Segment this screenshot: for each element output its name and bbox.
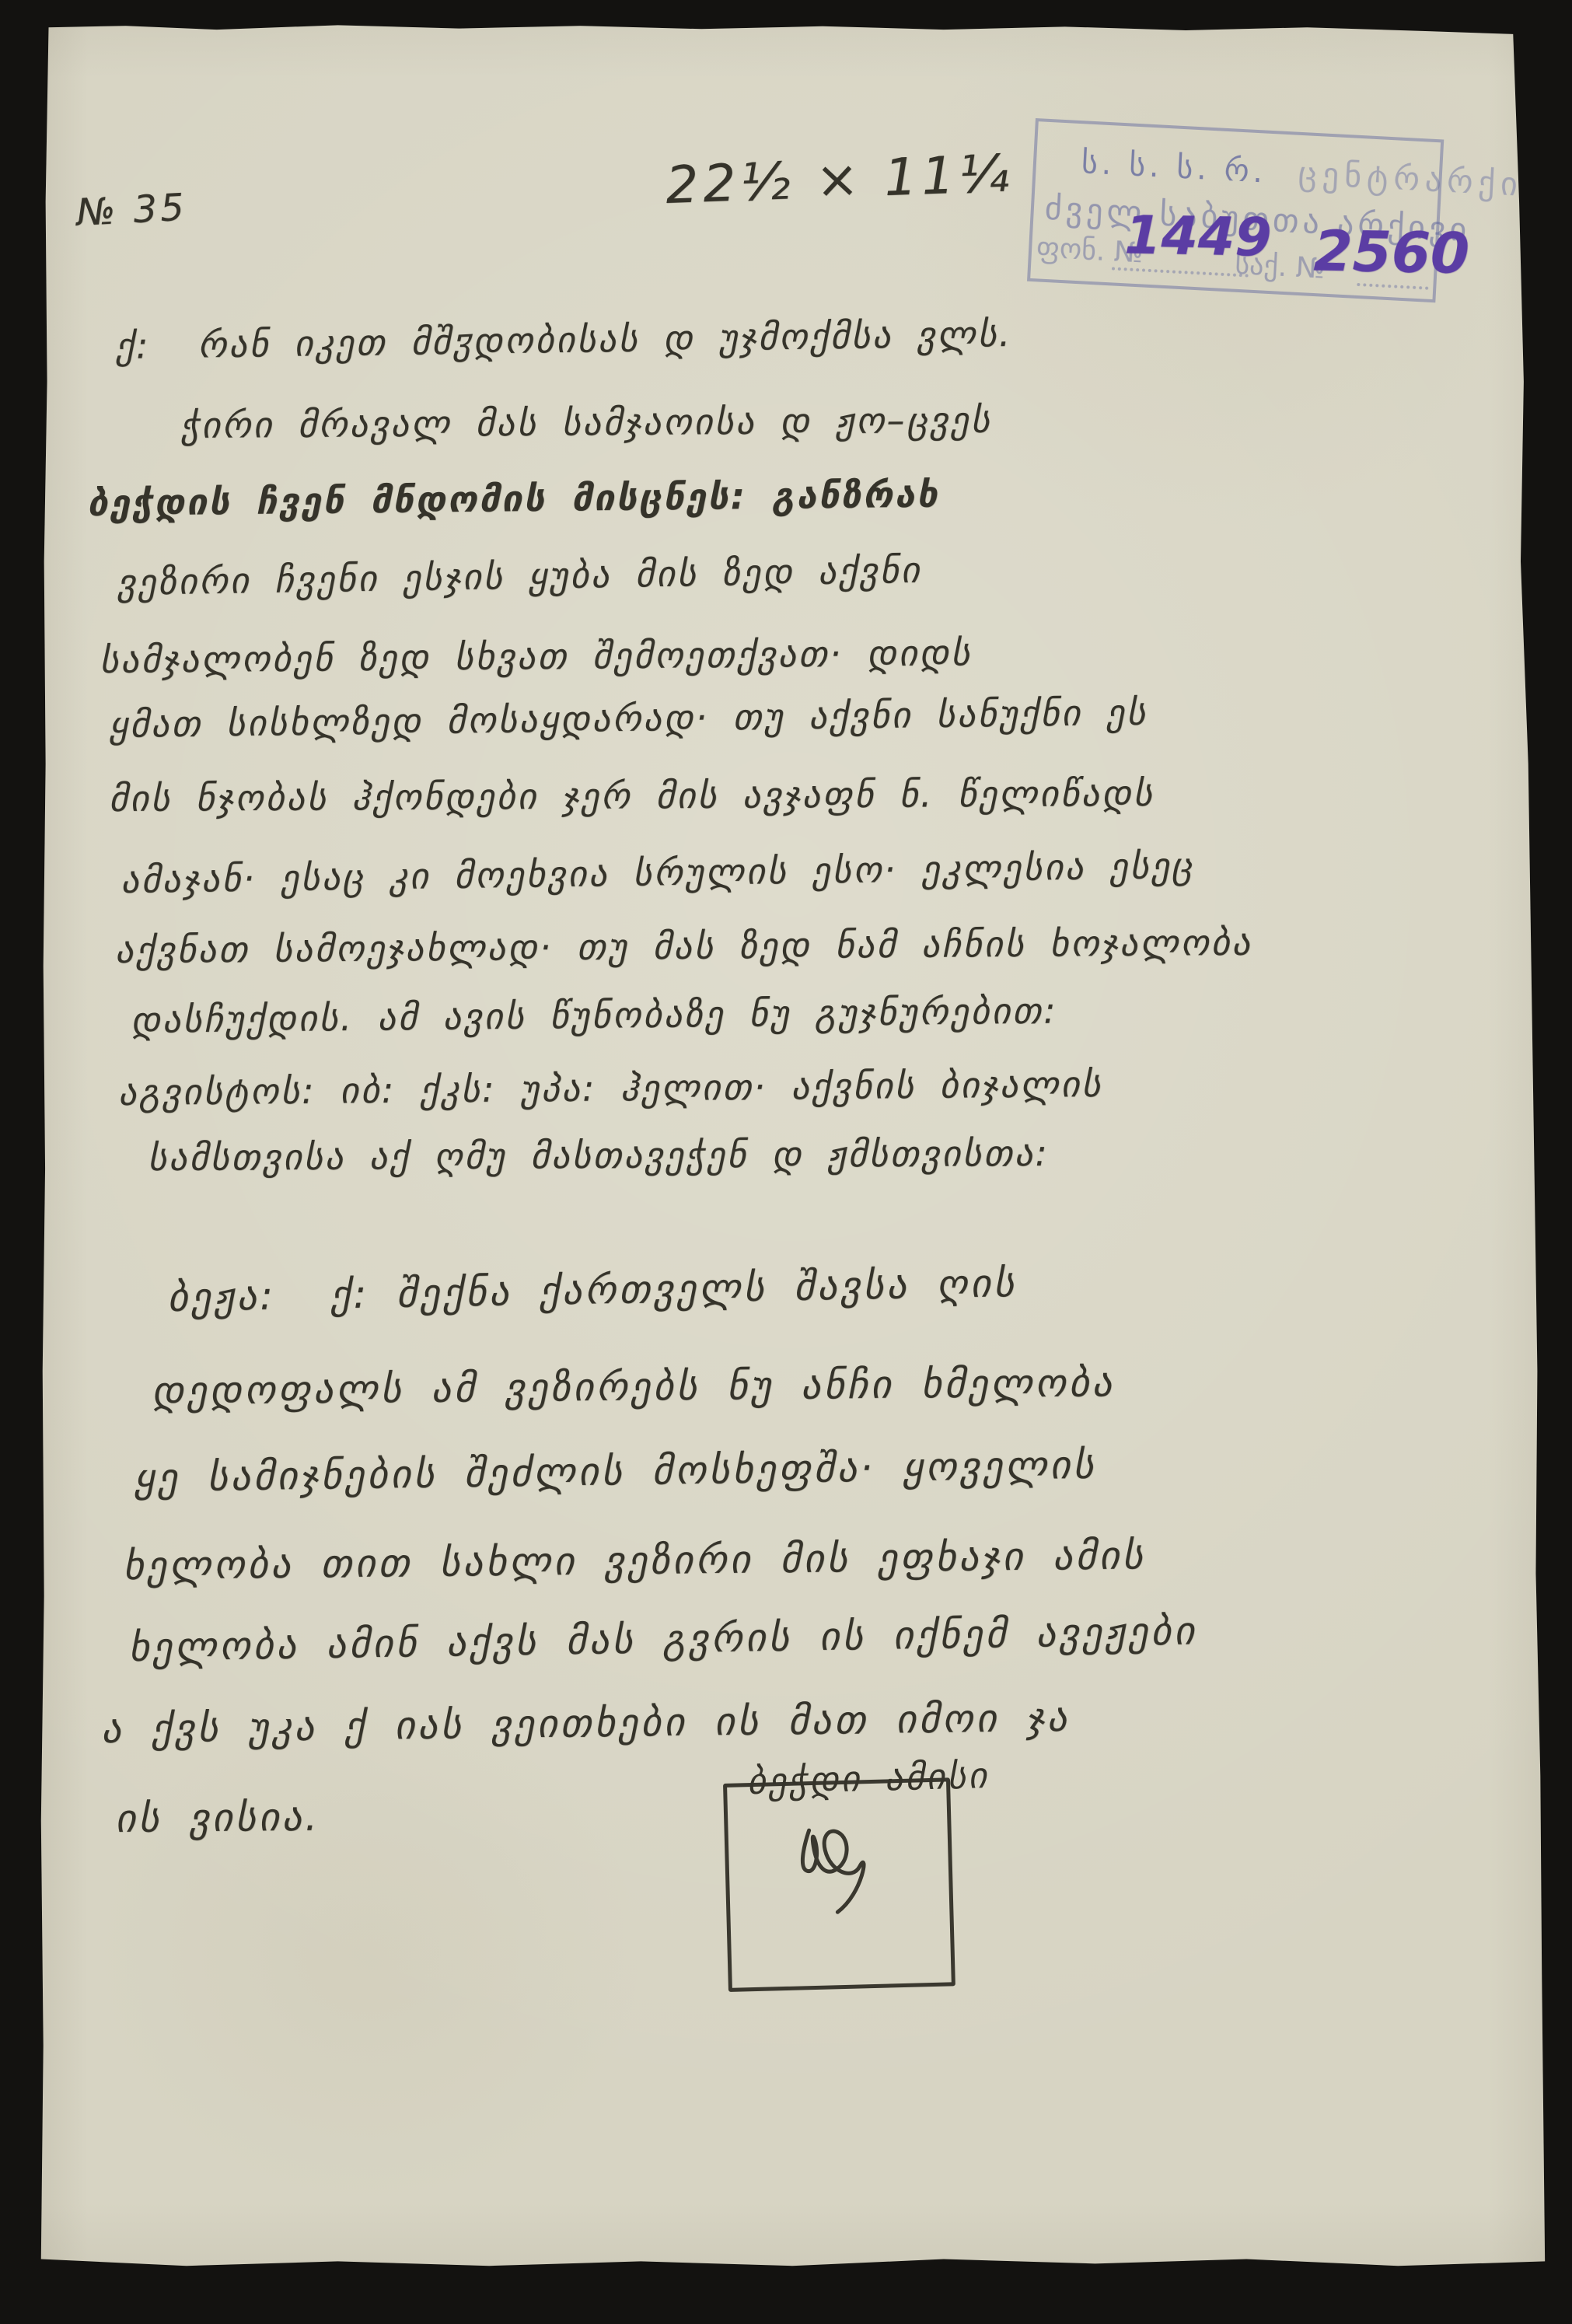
manuscript-line: ჭირი მრავალ მას სამჯაოისა დ ჟო–ცვეს [180, 399, 992, 446]
manuscript-line: ხელობა ამინ აქვს მას გვრის ის იქნემ ავეჟ… [128, 1608, 1197, 1670]
scanned-document: № 35 22½ × 11¼ ს. ს. ს. რ. ცენტრარქივი ძ… [0, 0, 1572, 2324]
manuscript-line: ბეჭდის ჩვენ მნდომის მისცნეს: განზრახ [87, 474, 940, 524]
stamp-org-name: ცენტრარქივი [1266, 152, 1568, 206]
manuscript-line: ქ: რან იკეთ მშჳდობისას დ უჯმოქმსა ვლს. [115, 313, 1013, 367]
manuscript-line: ამაჯან· ესაც კი მოეხვია სრულის ესო· ეკლე… [121, 844, 1194, 901]
paper-sheet: № 35 22½ × 11¼ ს. ს. ს. რ. ცენტრარქივი ძ… [35, 22, 1549, 2270]
manuscript-line: დედოფალს ამ ვეზირებს ნუ ანჩი ხმელობა [152, 1360, 1115, 1414]
folio-number: № 35 [75, 186, 188, 235]
manuscript-line: მის ნჯობას ჰქონდები ჯერ მის ავჯაფნ ნ. წე… [109, 772, 1155, 820]
manuscript-line: ყე სამიჯნების შეძლის მოსხეფშა· ყოველის [134, 1442, 1097, 1501]
manuscript-line: დასჩუქდის. ამ ავის წუნობაზე ნუ გუჯნურები… [131, 990, 1058, 1041]
size-note: 22½ × 11¼ [665, 143, 1015, 215]
seal-box: ბეჭდი ამისი [723, 1777, 955, 1992]
manuscript-line: ვეზირი ჩვენი ესჯის ყუბა მის ზედ აქვნი [117, 549, 922, 603]
manuscript-line: ის ვისია. [115, 1795, 320, 1841]
manuscript-line: ბეჟა: ქ: შექნა ქართველს შავსა ღის [167, 1260, 1017, 1320]
manuscript-line: ა ქვს უკა ქ იას ვეითხები ის მათ იმოი ჯა [101, 1695, 1071, 1752]
manuscript-line: სამჯალობენ ზედ სხვათ შემოეთქვათ· დიდს [100, 631, 972, 681]
archive-stamp: ს. ს. ს. რ. ცენტრარქივი ძველ საბუთთა არქ… [1027, 118, 1444, 302]
seal-monogram-scribble [774, 1811, 910, 1946]
stamp-fond-number: 1449 [1124, 204, 1273, 268]
manuscript-line: აქვნათ სამოეჯახლად· თუ მას ზედ ნამ აჩნის… [115, 921, 1252, 971]
manuscript-line: ყმათ სისხლზედ მოსაყდარად· თუ აქვნი სანუქ… [109, 691, 1148, 746]
manuscript-line: აგვისტოს: იბ: ქკს: უპა: ჰელით· აქვნის ბი… [118, 1063, 1102, 1113]
manuscript-line: ხელობა თით სახლი ვეზირი მის ეფხაჯი ამის [123, 1532, 1146, 1588]
manuscript-line: სამსთვისა აქ ღმუ მასთავეჭენ დ ჟმსთვისთა: [148, 1132, 1050, 1179]
stamp-org-prefix: ს. ს. ს. რ. [1081, 145, 1268, 190]
stamp-case-number: 2560 [1313, 218, 1470, 285]
seal-box-caption: ბეჭდი ამისი [746, 1754, 989, 1802]
